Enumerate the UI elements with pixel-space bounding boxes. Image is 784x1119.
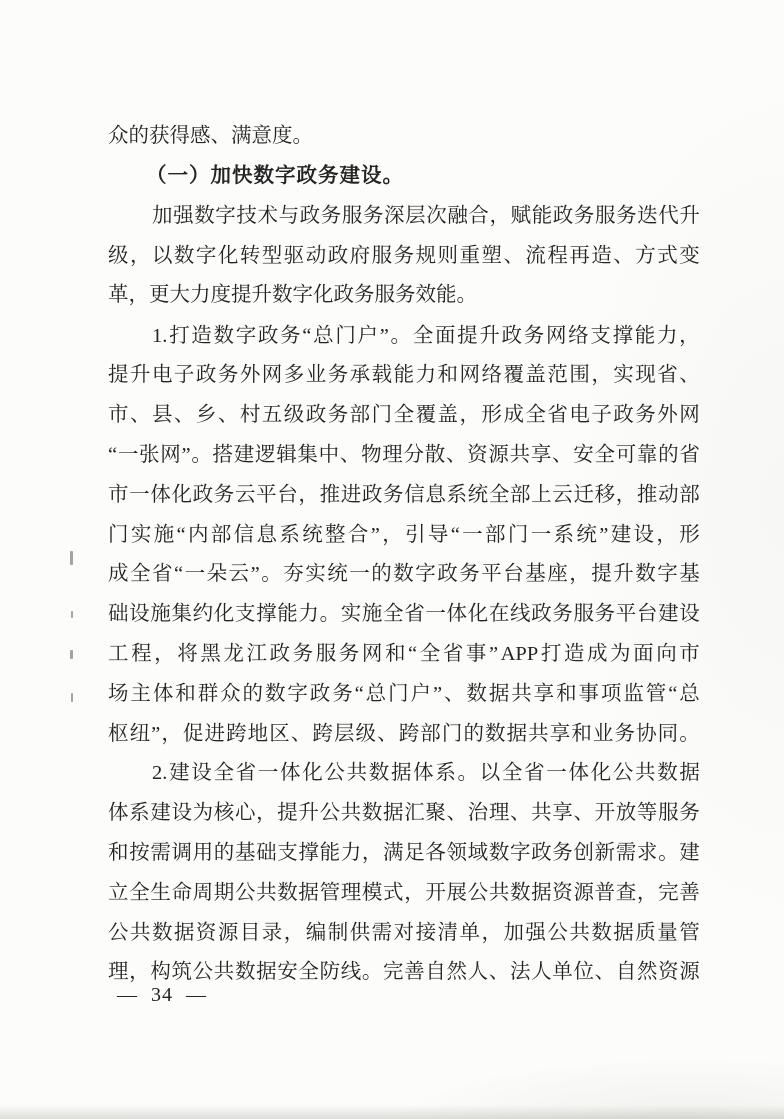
text-line: 加强数字技术与政务服务深层次融合，赋能政务服务迭代升	[108, 197, 700, 237]
text-line: 1.打造数字政务“总门户”。全面提升政务网络支撑能力，	[108, 316, 700, 356]
scanned-document-page: 众的获得感、满意度。 （一）加快数字政务建设。 加强数字技术与政务服务深层次融合…	[0, 0, 784, 1119]
text-line: 市、县、乡、村五级政务部门全覆盖，形成全省电子政务外网	[108, 396, 700, 436]
text-line: 体系建设为核心，提升公共数据汇聚、治理、共享、开放等服务	[108, 794, 700, 834]
text-line: 工程，将黑龙江政务服务网和“全省事”APP打造成为面向市	[108, 634, 700, 674]
section-heading: （一）加快数字政务建设。	[108, 157, 700, 197]
text-line: 枢纽”，促进跨地区、跨层级、跨部门的数据共享和业务协同。	[108, 714, 700, 754]
text-line: 众的获得感、满意度。	[108, 117, 700, 157]
text-line: 2.建设全省一体化公共数据体系。以全省一体化公共数据	[108, 754, 700, 794]
text-line: 和按需调用的基础支撑能力，满足各领域数字政务创新需求。建	[108, 833, 700, 873]
text-line: 提升电子政务外网多业务承载能力和网络覆盖范围，实现省、	[108, 356, 700, 396]
text-line: 础设施集约化支撑能力。实施全省一体化在线政务服务平台建设	[108, 595, 700, 635]
text-line: 级，以数字化转型驱动政府服务规则重塑、流程再造、方式变	[108, 236, 700, 276]
scan-artifact	[70, 650, 73, 659]
text-line: 门实施“内部信息系统整合”，引导“一部门一系统”建设，形	[108, 515, 700, 555]
page-number: — 34 —	[117, 984, 207, 1007]
text-line: 场主体和群众的数字政务“总门户”、数据共享和事项监管“总	[108, 674, 700, 714]
scan-artifact	[70, 551, 73, 565]
text-line: “一张网”。搭建逻辑集中、物理分散、资源共享、安全可靠的省	[108, 435, 700, 475]
scan-shadow	[0, 1105, 784, 1119]
text-line: 成全省“一朵云”。夯实统一的数字政务平台基座，提升数字基	[108, 555, 700, 595]
text-line: 立全生命周期公共数据管理模式，开展公共数据资源普查，完善	[108, 873, 700, 913]
document-body: 众的获得感、满意度。 （一）加快数字政务建设。 加强数字技术与政务服务深层次融合…	[108, 117, 700, 993]
text-line: 革，更大力度提升数字化政务服务效能。	[108, 276, 700, 316]
text-line: 市一体化政务云平台，推进政务信息系统全部上云迁移，推动部	[108, 475, 700, 515]
scan-artifact	[71, 693, 73, 702]
scan-artifact	[71, 611, 73, 618]
text-line: 公共数据资源目录，编制供需对接清单，加强公共数据质量管	[108, 913, 700, 953]
